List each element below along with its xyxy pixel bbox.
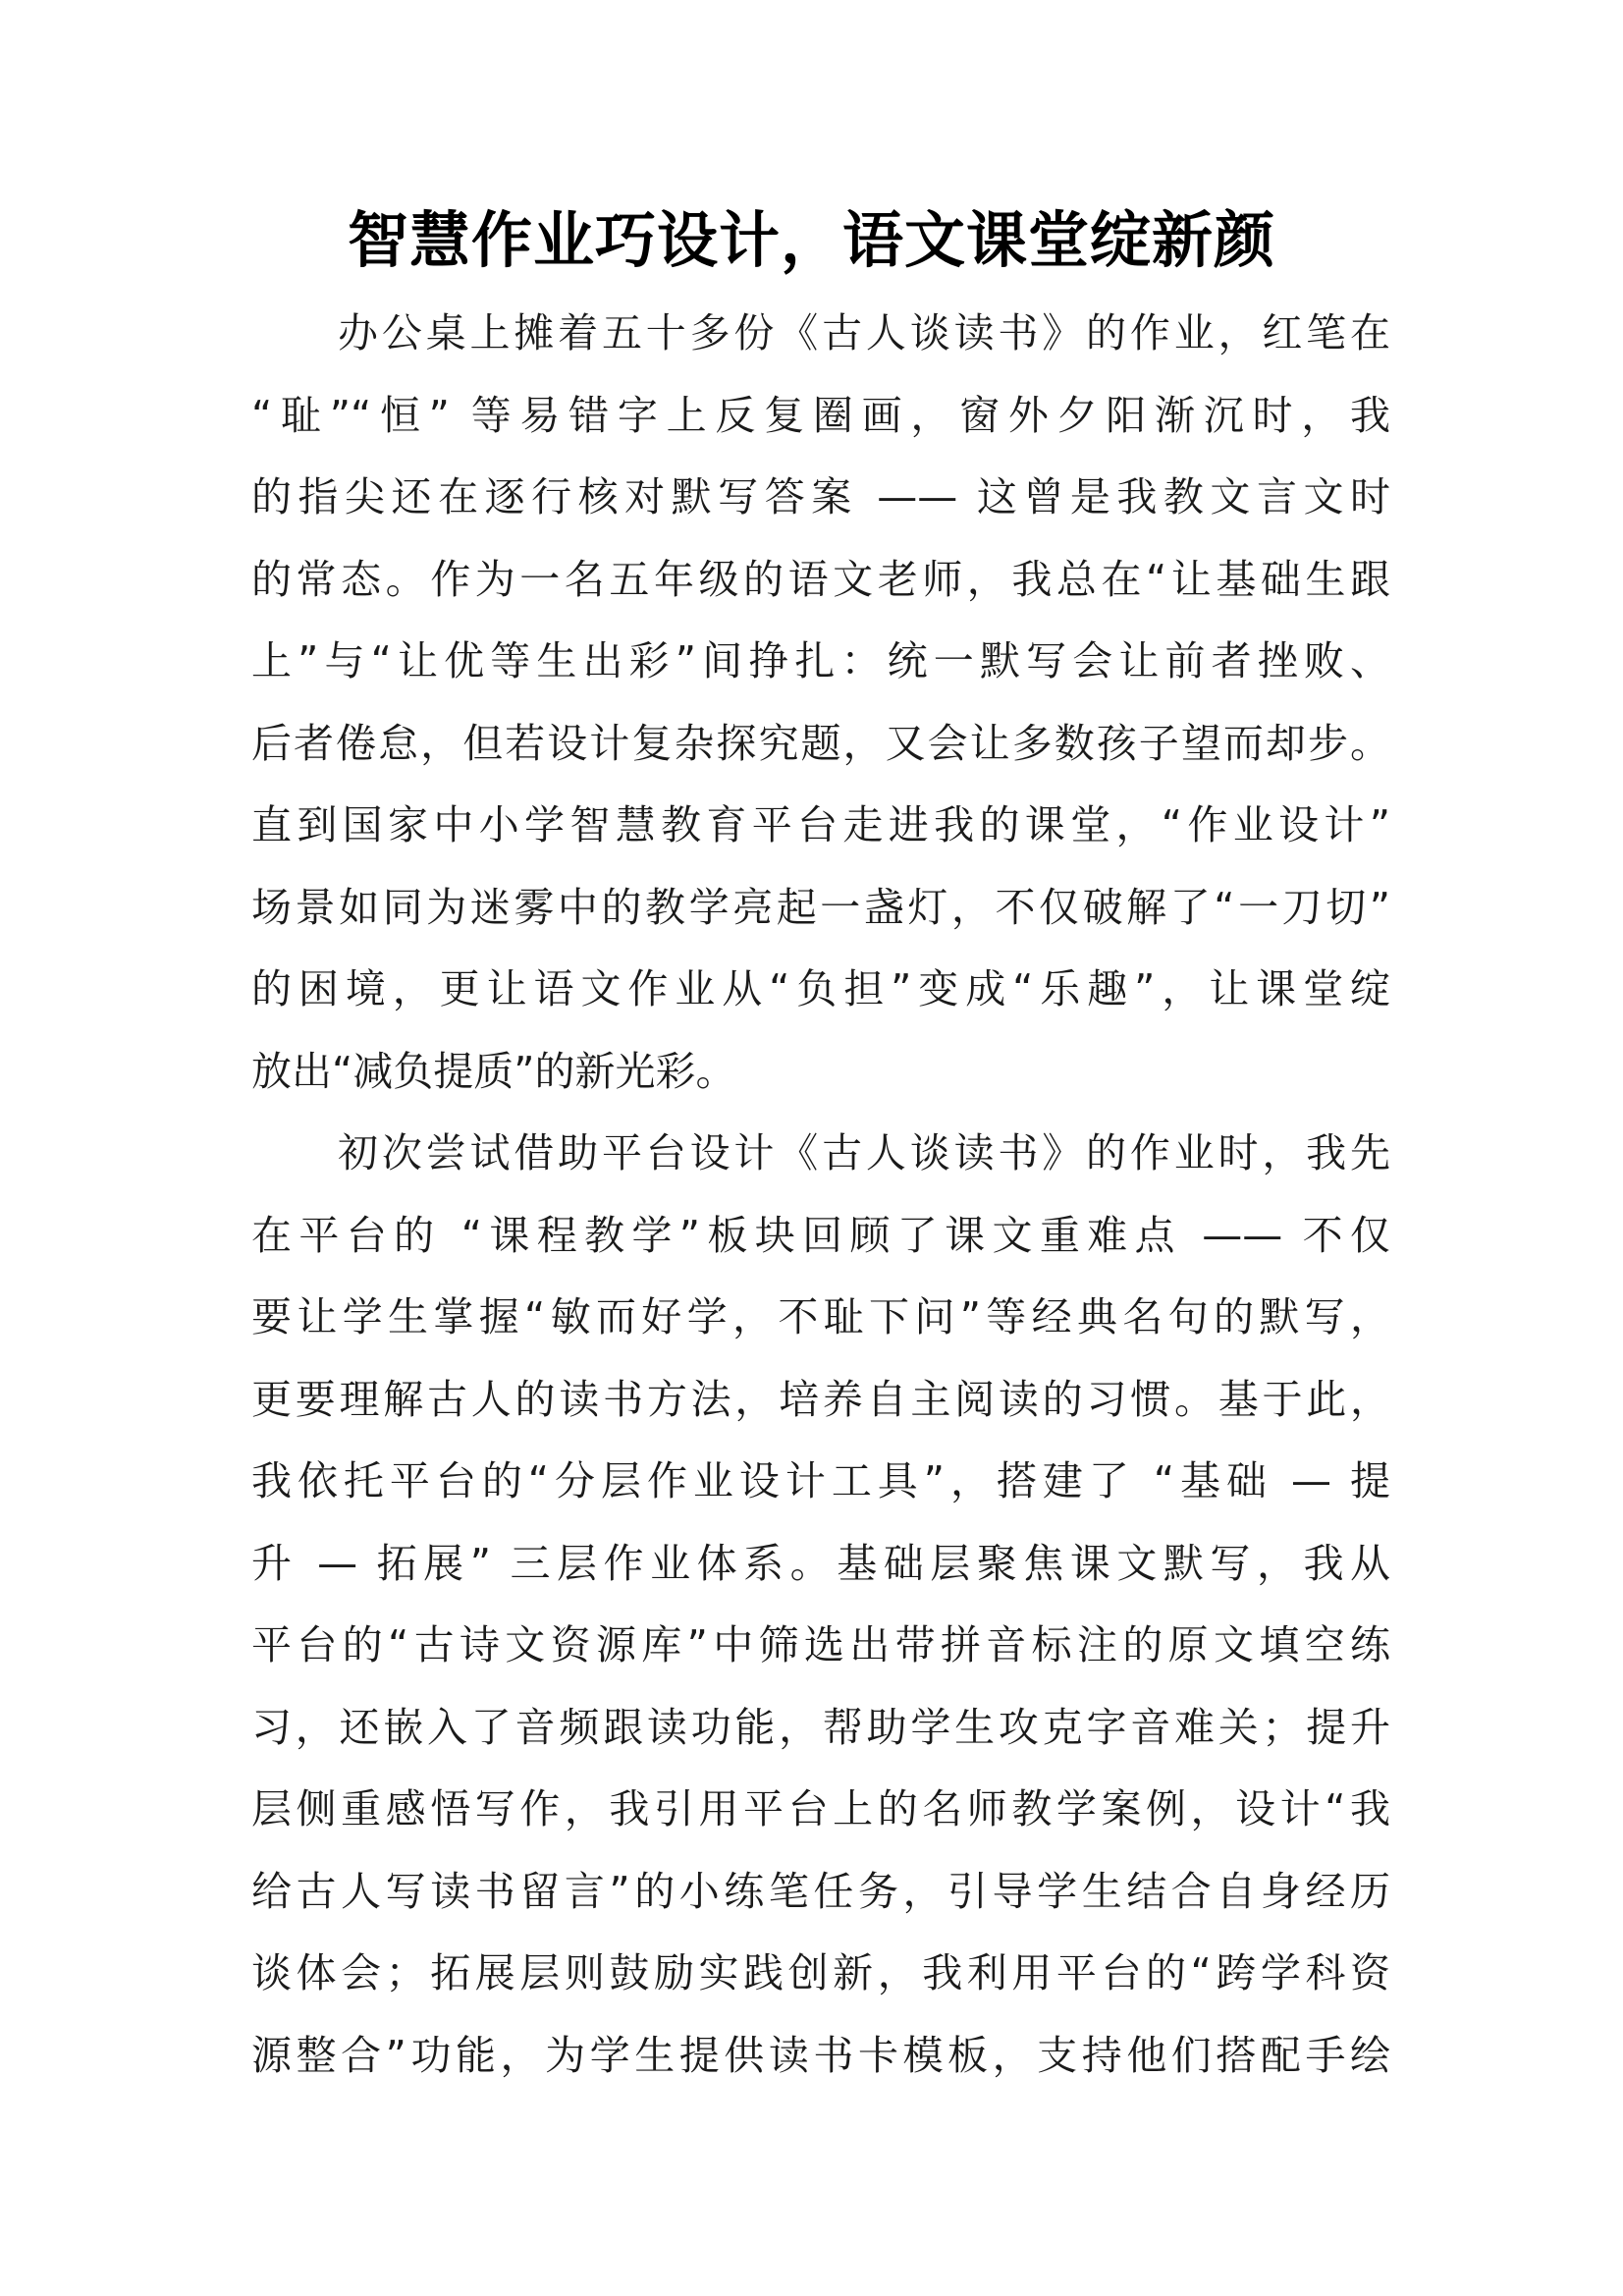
text-line: 放出“减负提质”的新光彩。 [251, 1031, 1390, 1114]
text-line: 升 — 拓展” 三层作业体系。基础层聚焦课文默写，我从 [251, 1523, 1390, 1606]
text-line: 层侧重感悟写作，我引用平台上的名师教学案例，设计“我 [251, 1769, 1390, 1851]
text-line: 的指尖还在逐行核对默写答案 —— 这曾是我教文言文时 [251, 457, 1390, 539]
text-line: 场景如同为迷雾中的教学亮起一盏灯，不仅破解了“一刀切” [251, 867, 1390, 950]
text-line: 习，还嵌入了音频跟读功能，帮助学生攻克字音难关；提升 [251, 1687, 1390, 1770]
text-line: 后者倦怠，但若设计复杂探究题，又会让多数孩子望而却步。 [251, 703, 1390, 786]
text-line: 谈体会；拓展层则鼓励实践创新，我利用平台的“跨学科资 [251, 1933, 1390, 2015]
text-line: 给古人写读书留言”的小练笔任务，引导学生结合自身经历 [251, 1851, 1390, 1934]
text-line: 初次尝试借助平台设计《古人谈读书》的作业时，我先 [251, 1113, 1390, 1195]
text-line: 更要理解古人的读书方法，培养自主阅读的习惯。基于此， [251, 1359, 1390, 1442]
text-line: 平台的“古诗文资源库”中筛选出带拼音标注的原文填空练 [251, 1605, 1390, 1687]
document-title: 智慧作业巧设计，语文课堂绽新颜 [0, 201, 1623, 280]
paragraph-1: 办公桌上摊着五十多份《古人谈读书》的作业，红笔在 “耻”“恒” 等易错字上反复圈… [251, 293, 1390, 1113]
text-line: 在平台的 “课程教学”板块回顾了课文重难点 —— 不仅 [251, 1195, 1390, 1278]
document-body: 办公桌上摊着五十多份《古人谈读书》的作业，红笔在 “耻”“恒” 等易错字上反复圈… [251, 293, 1390, 2097]
text-line: 源整合”功能，为学生提供读书卡模板，支持他们搭配手绘 [251, 2015, 1390, 2098]
text-line: 要让学生掌握“敏而好学，不耻下问”等经典名句的默写， [251, 1277, 1390, 1359]
text-line: 办公桌上摊着五十多份《古人谈读书》的作业，红笔在 [251, 293, 1390, 375]
paragraph-2: 初次尝试借助平台设计《古人谈读书》的作业时，我先 在平台的 “课程教学”板块回顾… [251, 1113, 1390, 2097]
text-line: 上”与“让优等生出彩”间挣扎：统一默写会让前者挫败、 [251, 621, 1390, 703]
text-line: 的常态。作为一名五年级的语文老师，我总在“让基础生跟 [251, 539, 1390, 622]
text-line: 直到国家中小学智慧教育平台走进我的课堂，“作业设计” [251, 785, 1390, 867]
text-line: “耻”“恒” 等易错字上反复圈画，窗外夕阳渐沉时，我 [251, 375, 1390, 458]
text-line: 的困境，更让语文作业从“负担”变成“乐趣”，让课堂绽 [251, 949, 1390, 1031]
text-line: 我依托平台的“分层作业设计工具”，搭建了 “基础 — 提 [251, 1441, 1390, 1523]
document-page: 智慧作业巧设计，语文课堂绽新颜 办公桌上摊着五十多份《古人谈读书》的作业，红笔在… [0, 0, 1623, 2296]
